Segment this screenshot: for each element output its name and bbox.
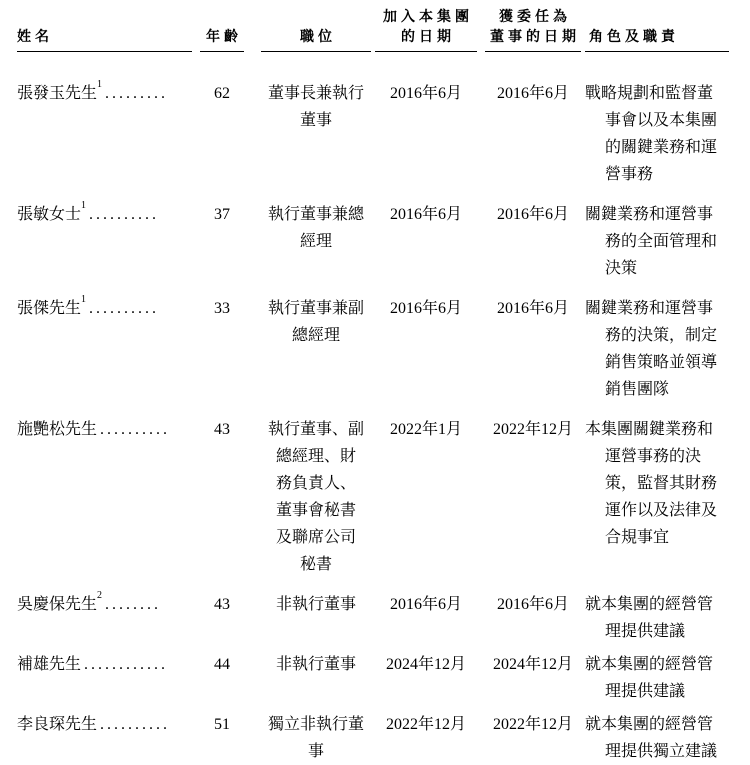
director-position-cell: 執行董事、副總經理、財務負責人、董事會秘書及聯席公司秘書: [261, 416, 371, 578]
appointed-date-cell: 2016年6月: [485, 591, 581, 618]
join-date-cell: 2024年12月: [375, 651, 477, 678]
position-line: 非執行董事: [261, 651, 371, 678]
director-name-cell: 張敏女士1..........: [17, 201, 192, 228]
role-line: 就本集團的經營管: [585, 651, 729, 678]
table-row: 張發玉先生1......... 62 董事長兼執行董事 2016年6月 2016…: [17, 80, 750, 188]
join-date-cell: 2016年6月: [375, 201, 477, 228]
appointed-date-cell: 2016年6月: [485, 201, 581, 228]
roles-cell: 就本集團的經營管理提供建議: [585, 651, 729, 705]
dot-leader: ..........: [86, 206, 159, 223]
join-date-cell: 2022年1月: [375, 416, 477, 443]
roles-cell: 關鍵業務和運營事務的全面管理和決策: [585, 201, 729, 282]
role-line: 銷售團隊: [585, 376, 729, 403]
role-line: 的關鍵業務和運: [585, 134, 729, 161]
appointed-date-cell: 2022年12月: [485, 416, 581, 443]
position-line: 秘書: [261, 551, 371, 578]
position-line: 執行董事、副: [261, 416, 371, 443]
role-line: 銷售策略並領導: [585, 349, 729, 376]
director-name: 張發玉先生: [17, 85, 97, 102]
roles-cell: 戰略規劃和監督董事會以及本集團的關鍵業務和運營事務: [585, 80, 729, 188]
role-line: 營事務: [585, 161, 729, 188]
table-row: 施艷松先生.......... 43 執行董事、副總經理、財務負責人、董事會秘書…: [17, 416, 750, 578]
dot-leader: ..........: [97, 421, 170, 438]
appointed-date-cell: 2024年12月: [485, 651, 581, 678]
role-line: 本集團關鍵業務和: [585, 416, 729, 443]
role-line: 決策: [585, 255, 729, 282]
dot-leader: ..........: [86, 300, 159, 317]
role-line: 就本集團的經營管: [585, 591, 729, 618]
dot-leader: ..........: [97, 716, 170, 733]
position-line: 總經理、財: [261, 443, 371, 470]
table-row: 吳慶保先生2........ 43 非執行董事 2016年6月 2016年6月 …: [17, 591, 750, 645]
col-header-age: 年齡: [200, 6, 244, 52]
role-line: 運營事務的決: [585, 443, 729, 470]
director-position-cell: 非執行董事: [261, 591, 371, 618]
footnote-superscript: 1: [81, 294, 86, 305]
director-name-cell: 施艷松先生..........: [17, 416, 192, 443]
position-line: 事: [261, 738, 371, 765]
role-line: 務的決策，制定: [585, 322, 729, 349]
col-header-join-date-line2: 的日期: [375, 26, 477, 46]
director-age-cell: 43: [200, 416, 244, 443]
position-line: 非執行董事: [261, 591, 371, 618]
role-line: 理提供建議: [585, 618, 729, 645]
footnote-superscript: 1: [81, 200, 86, 211]
col-header-appointed-date-line2: 董事的日期: [485, 26, 581, 46]
role-line: 關鍵業務和運營事: [585, 295, 729, 322]
director-name-cell: 張發玉先生1.........: [17, 80, 192, 107]
role-line: 事會以及本集團: [585, 107, 729, 134]
col-header-age-label: 年齡: [200, 26, 244, 46]
director-position-cell: 獨立非執行董事: [261, 711, 371, 765]
dot-leader: .........: [102, 85, 168, 102]
director-position-cell: 執行董事兼總經理: [261, 201, 371, 255]
dot-leader: ............: [81, 656, 168, 673]
director-name: 補雄先生: [17, 656, 81, 673]
roles-cell: 本集團關鍵業務和運營事務的決策，監督其財務運作以及法律及合規事宜: [585, 416, 729, 551]
col-header-position-label: 職位: [261, 26, 371, 46]
director-name: 吳慶保先生: [17, 596, 97, 613]
table-row: 補雄先生............ 44 非執行董事 2024年12月 2024年…: [17, 651, 750, 705]
position-line: 及聯席公司: [261, 524, 371, 551]
director-age-cell: 51: [200, 711, 244, 738]
join-date-cell: 2022年12月: [375, 711, 477, 738]
role-line: 理提供獨立建議: [585, 738, 729, 765]
col-header-name: 姓名: [17, 6, 192, 52]
position-line: 經理: [261, 228, 371, 255]
footnote-superscript: 1: [97, 79, 102, 90]
roles-cell: 就本集團的經營管理提供獨立建議: [585, 711, 729, 765]
position-line: 獨立非執行董: [261, 711, 371, 738]
role-line: 理提供建議: [585, 678, 729, 705]
roles-cell: 就本集團的經營管理提供建議: [585, 591, 729, 645]
director-name-cell: 李良琛先生..........: [17, 711, 192, 738]
director-name-cell: 吳慶保先生2........: [17, 591, 192, 618]
table-row: 李良琛先生.......... 51 獨立非執行董事 2022年12月 2022…: [17, 711, 750, 765]
role-line: 戰略規劃和監督董: [585, 80, 729, 107]
col-header-roles-label: 角色及職責: [585, 26, 729, 46]
position-line: 董事會秘書: [261, 497, 371, 524]
role-line: 就本集團的經營管: [585, 711, 729, 738]
role-line: 關鍵業務和運營事: [585, 201, 729, 228]
join-date-cell: 2016年6月: [375, 80, 477, 107]
director-name: 張傑先生: [17, 300, 81, 317]
role-line: 務的全面管理和: [585, 228, 729, 255]
directors-table-page: 姓名 年齡 職位 加入本集團 的日期 獲委任為 董事的日期 角色及職責 張發玉先…: [0, 0, 750, 765]
appointed-date-cell: 2016年6月: [485, 80, 581, 107]
col-header-join-date-line1: 加入本集團: [375, 6, 477, 26]
role-line: 運作以及法律及: [585, 497, 729, 524]
col-header-appointed-date: 獲委任為 董事的日期: [485, 6, 581, 52]
director-name-cell: 補雄先生............: [17, 651, 192, 678]
director-age-cell: 33: [200, 295, 244, 322]
director-name: 張敏女士: [17, 206, 81, 223]
col-header-position: 職位: [261, 6, 371, 52]
role-line: 策，監督其財務: [585, 470, 729, 497]
appointed-date-cell: 2016年6月: [485, 295, 581, 322]
table-row: 張敏女士1.......... 37 執行董事兼總經理 2016年6月 2016…: [17, 201, 750, 282]
col-header-appointed-date-line1: 獲委任為: [485, 6, 581, 26]
director-age-cell: 37: [200, 201, 244, 228]
appointed-date-cell: 2022年12月: [485, 711, 581, 738]
director-age-cell: 44: [200, 651, 244, 678]
director-name-cell: 張傑先生1..........: [17, 295, 192, 322]
dot-leader: ........: [102, 596, 161, 613]
col-header-roles: 角色及職責: [585, 6, 729, 52]
position-line: 務負責人、: [261, 470, 371, 497]
director-position-cell: 非執行董事: [261, 651, 371, 678]
footnote-superscript: 2: [97, 590, 102, 601]
director-name: 李良琛先生: [17, 716, 97, 733]
director-position-cell: 董事長兼執行董事: [261, 80, 371, 134]
table-row: 張傑先生1.......... 33 執行董事兼副總經理 2016年6月 201…: [17, 295, 750, 403]
roles-cell: 關鍵業務和運營事務的決策，制定銷售策略並領導銷售團隊: [585, 295, 729, 403]
director-age-cell: 43: [200, 591, 244, 618]
position-line: 執行董事兼副: [261, 295, 371, 322]
director-name: 施艷松先生: [17, 421, 97, 438]
position-line: 執行董事兼總: [261, 201, 371, 228]
table-body: 張發玉先生1......... 62 董事長兼執行董事 2016年6月 2016…: [17, 80, 750, 765]
position-line: 董事長兼執行: [261, 80, 371, 107]
role-line: 合規事宜: [585, 524, 729, 551]
director-position-cell: 執行董事兼副總經理: [261, 295, 371, 349]
col-header-name-label: 姓名: [17, 26, 192, 46]
director-age-cell: 62: [200, 80, 244, 107]
table-header-row: 姓名 年齡 職位 加入本集團 的日期 獲委任為 董事的日期 角色及職責: [17, 6, 750, 52]
col-header-join-date: 加入本集團 的日期: [375, 6, 477, 52]
position-line: 董事: [261, 107, 371, 134]
position-line: 總經理: [261, 322, 371, 349]
join-date-cell: 2016年6月: [375, 591, 477, 618]
join-date-cell: 2016年6月: [375, 295, 477, 322]
